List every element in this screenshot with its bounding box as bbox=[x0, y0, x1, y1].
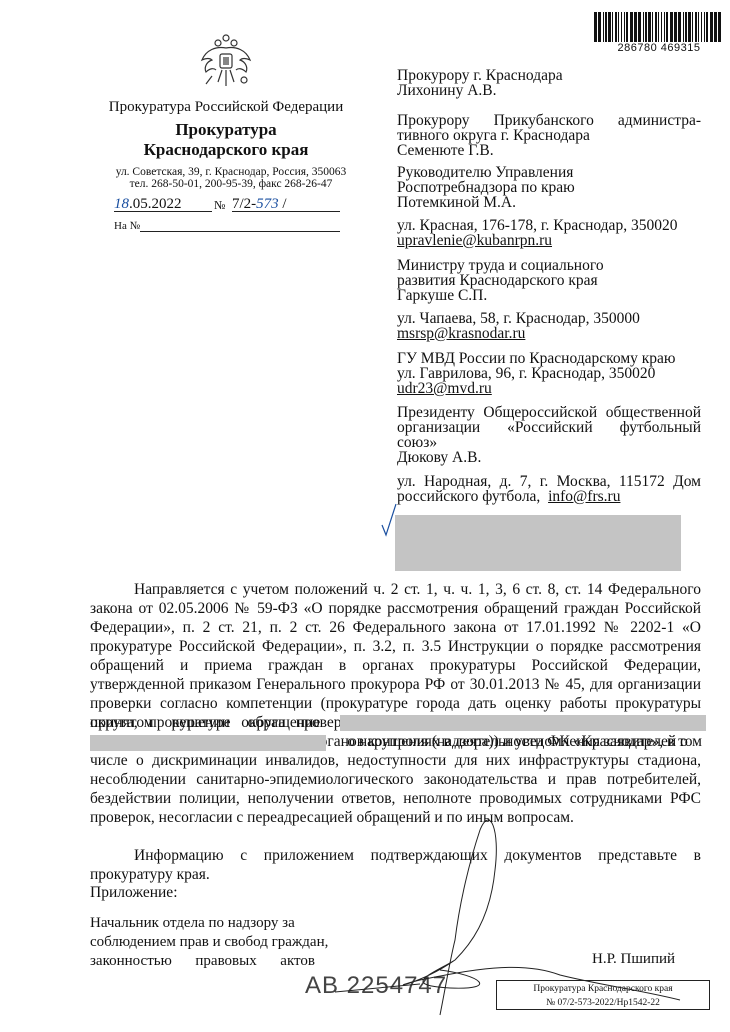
number-handwritten: 573 bbox=[256, 196, 279, 212]
recipient-line: ГУ МВД России по Краснодарскому краю bbox=[397, 351, 701, 366]
recipient-line: развития Краснодарского края bbox=[397, 273, 701, 288]
title-line: соблюдением прав и свобод граждан, bbox=[90, 933, 340, 952]
outgoing-number-field: 7/2-573 / bbox=[232, 196, 340, 212]
email-link[interactable]: info@frs.ru bbox=[548, 488, 620, 505]
recipient-address: ул. Народная, д. 7, г. Москва, 115172 До… bbox=[397, 474, 701, 504]
recipient-name: Лихонину А.В. bbox=[397, 83, 701, 98]
number-printed: 7/2- bbox=[232, 196, 256, 212]
address-line: ул. Чапаева, 58, г. Краснодар, 350000 bbox=[397, 311, 701, 326]
email-link[interactable]: udr23@mvd.ru bbox=[397, 381, 701, 396]
org-name-line: Краснодарского края bbox=[106, 140, 346, 160]
coat-of-arms-icon bbox=[198, 32, 254, 92]
recipient-address: ул. Чапаева, 58, г. Краснодар, 350000 ms… bbox=[397, 311, 701, 341]
title-line: Начальник отдела по надзору за bbox=[90, 914, 340, 933]
body-line: принятом решении обращение bbox=[90, 713, 330, 732]
date-day-handwritten: 18 bbox=[114, 196, 129, 212]
outgoing-date-field: 18.05.2022 bbox=[114, 196, 212, 212]
address-line: ул. Народная, д. 7, г. Москва, 115172 До… bbox=[397, 474, 701, 489]
org-address: ул. Советская, 39, г. Краснодар, Россия,… bbox=[106, 166, 356, 190]
number-suffix: / bbox=[282, 196, 286, 212]
recipient-line: Прокурору Прикубанского администра- bbox=[397, 113, 701, 128]
recipient-name: Семенюте Г.В. bbox=[397, 143, 701, 158]
recipient-block: Руководителю Управления Роспотребнадзора… bbox=[397, 165, 701, 210]
redacted-text bbox=[90, 735, 326, 751]
stamp-line: № 07/2-573-2022/Нр1542-22 bbox=[497, 996, 709, 1010]
reply-to-label: На № bbox=[114, 220, 140, 232]
redacted-text bbox=[340, 715, 706, 731]
recipient-name: Гаркуше С.П. bbox=[397, 288, 701, 303]
address-line: ул. Красная, 176-178, г. Краснодар, 3500… bbox=[397, 218, 701, 233]
checkmark-icon bbox=[382, 504, 396, 535]
org-street: ул. Советская, 39, г. Краснодар, Россия,… bbox=[106, 166, 356, 178]
body-paragraph: Информацию с приложением подтверждающих … bbox=[90, 846, 701, 884]
barcode bbox=[592, 12, 722, 42]
recipient-line: Прокурору г. Краснодара bbox=[397, 68, 701, 83]
registration-stamp: Прокуратура Краснодарского края № 07/2-5… bbox=[496, 980, 710, 1010]
attachment-label: Приложение: bbox=[90, 884, 178, 902]
stamp-line: Прокуратура Краснодарского края bbox=[497, 982, 709, 996]
recipient-line: союз» bbox=[397, 435, 701, 450]
recipient-address: ул. Красная, 176-178, г. Краснодар, 3500… bbox=[397, 218, 701, 248]
email-link[interactable]: upravlenie@kubanrpn.ru bbox=[397, 233, 701, 248]
email-link[interactable]: msrsp@krasnodar.ru bbox=[397, 326, 701, 341]
redacted-applicant bbox=[395, 515, 681, 571]
recipient-line: Министру труда и социального bbox=[397, 258, 701, 273]
recipient-line: Руководителю Управления bbox=[397, 165, 701, 180]
recipient-block: Президенту Общероссийской общественной о… bbox=[397, 405, 701, 465]
recipient-line: Президенту Общероссийской общественной bbox=[397, 405, 701, 420]
address-text: российского футбола, bbox=[397, 488, 540, 505]
title-line: законностью правовых актов bbox=[90, 952, 315, 971]
recipient-line: организации «Российский футбольный bbox=[397, 420, 701, 435]
address-line: ул. Гаврилова, 96, г. Краснодар, 350020 bbox=[397, 366, 701, 381]
signatory-name: Н.Р. Пшипий bbox=[592, 951, 675, 968]
recipient-block: ГУ МВД России по Краснодарскому краю ул.… bbox=[397, 351, 701, 396]
recipient-name: Потемкиной М.А. bbox=[397, 195, 701, 210]
barcode-number: 286780 469315 bbox=[592, 42, 726, 54]
body-line: о нарушениях в деятельности ФК «Краснода… bbox=[334, 732, 702, 751]
address-line: российского футбола, info@frs.ru bbox=[397, 489, 701, 504]
org-name-line: Прокуратура bbox=[106, 120, 346, 140]
recipient-name: Дюкову А.В. bbox=[397, 450, 701, 465]
serial-number: АВ 2254747 bbox=[305, 972, 447, 1000]
org-parent: Прокуратура Российской Федерации bbox=[106, 99, 346, 116]
recipient-block: Прокурору г. Краснодара Лихонину А.В. bbox=[397, 68, 701, 98]
reply-to-field bbox=[140, 220, 340, 232]
org-phones: тел. 268-50-01, 200-95-39, факс 268-26-4… bbox=[106, 178, 356, 190]
recipient-line: Роспотребнадзора по краю bbox=[397, 180, 701, 195]
number-label: № bbox=[214, 198, 225, 213]
recipient-block: Прокурору Прикубанского администра- тивн… bbox=[397, 113, 701, 158]
date-printed: .05.2022 bbox=[129, 196, 182, 212]
recipient-block: Министру труда и социального развития Кр… bbox=[397, 258, 701, 303]
body-paragraph: числе о дискриминации инвалидов, недосту… bbox=[90, 751, 701, 827]
recipient-line: тивного округа г. Краснодара bbox=[397, 128, 701, 143]
org-name: Прокуратура Краснодарского края bbox=[106, 120, 346, 160]
signatory-title: Начальник отдела по надзору за соблюдени… bbox=[90, 914, 340, 971]
